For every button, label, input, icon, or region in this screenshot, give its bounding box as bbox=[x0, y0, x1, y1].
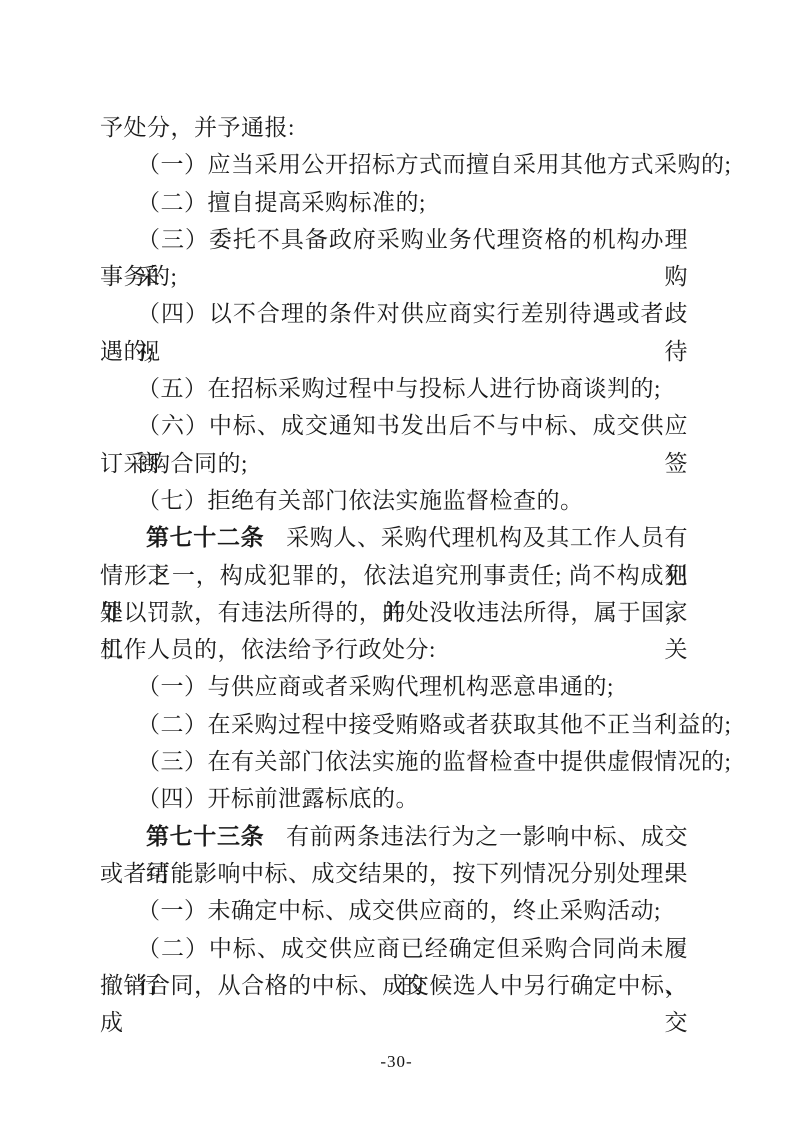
page-number: -30- bbox=[0, 1052, 793, 1072]
line-text: 订采购合同的; bbox=[100, 451, 248, 476]
document-page: 予处分，并予通报:（一）应当采用公开招标方式而擅自采用其他方式采购的;（二）擅自… bbox=[0, 0, 793, 1122]
text-line: （二）擅自提高采购标准的; bbox=[100, 184, 688, 221]
line-text: （一）与供应商或者采购代理机构恶意串通的; bbox=[137, 674, 614, 699]
text-line: （二）中标、成交供应商已经确定但采购合同尚未履行的， bbox=[100, 930, 688, 967]
line-text: （二）擅自提高采购标准的; bbox=[137, 190, 426, 215]
document-body: 予处分，并予通报:（一）应当采用公开招标方式而擅自采用其他方式采购的;（二）擅自… bbox=[100, 109, 688, 1004]
line-text: （七）拒绝有关部门依法实施监督检查的。 bbox=[137, 488, 584, 513]
line-text: （一）未确定中标、成交供应商的，终止采购活动; bbox=[137, 898, 661, 923]
text-line: 撤销合同，从合格的中标、成交候选人中另行确定中标、成交 bbox=[100, 967, 688, 1004]
article-number: 第七十二条 bbox=[146, 525, 264, 550]
line-text: （三）在有关部门依法实施的监督检查中提供虚假情况的; bbox=[137, 749, 731, 774]
text-line: （一）应当采用公开招标方式而擅自采用其他方式采购的; bbox=[100, 146, 688, 183]
line-text: （四）以不合理的条件对供应商实行差别待遇或者歧视待 bbox=[137, 301, 688, 363]
text-line: 处以罚款，有违法所得的，并处没收违法所得，属于国家机关 bbox=[100, 594, 688, 631]
text-line: （四）以不合理的条件对供应商实行差别待遇或者歧视待 bbox=[100, 295, 688, 332]
line-text: （三）委托不具备政府采购业务代理资格的机构办理采购 bbox=[137, 227, 688, 289]
line-text: 撤销合同，从合格的中标、成交候选人中另行确定中标、成交 bbox=[100, 973, 688, 1035]
line-text: 遇的; bbox=[100, 339, 154, 364]
text-line: （四）开标前泄露标底的。 bbox=[100, 780, 688, 817]
text-line: （五）在招标采购过程中与投标人进行协商谈判的; bbox=[100, 370, 688, 407]
text-line: 或者可能影响中标、成交结果的，按下列情况分别处理: bbox=[100, 855, 688, 892]
text-line: （三）在有关部门依法实施的监督检查中提供虚假情况的; bbox=[100, 743, 688, 780]
line-text: （五）在招标采购过程中与投标人进行协商谈判的; bbox=[137, 376, 661, 401]
text-line: 予处分，并予通报: bbox=[100, 109, 688, 146]
text-line: （一）与供应商或者采购代理机构恶意串通的; bbox=[100, 668, 688, 705]
article-number: 第七十三条 bbox=[146, 824, 264, 849]
text-line: （七）拒绝有关部门依法实施监督检查的。 bbox=[100, 482, 688, 519]
line-text: 事务的; bbox=[100, 264, 177, 289]
line-text: （二）在采购过程中接受贿赂或者获取其他不正当利益的; bbox=[137, 712, 731, 737]
line-text: 或者可能影响中标、成交结果的，按下列情况分别处理: bbox=[100, 861, 671, 886]
line-text: 予处分，并予通报: bbox=[100, 115, 295, 140]
text-line: 第七十三条有前两条违法行为之一影响中标、成交结果 bbox=[100, 818, 688, 855]
text-line: 第七十二条采购人、采购代理机构及其工作人员有下列 bbox=[100, 519, 688, 556]
text-line: 情形之一，构成犯罪的，依法追究刑事责任; 尚不构成犯罪的， bbox=[100, 557, 688, 594]
line-text: （四）开标前泄露标底的。 bbox=[137, 786, 419, 811]
text-line: （三）委托不具备政府采购业务代理资格的机构办理采购 bbox=[100, 221, 688, 258]
line-text: （一）应当采用公开招标方式而擅自采用其他方式采购的; bbox=[137, 152, 731, 177]
text-line: （二）在采购过程中接受贿赂或者获取其他不正当利益的; bbox=[100, 706, 688, 743]
text-line: （六）中标、成交通知书发出后不与中标、成交供应商签 bbox=[100, 407, 688, 444]
text-line: （一）未确定中标、成交供应商的，终止采购活动; bbox=[100, 892, 688, 929]
line-text: 工作人员的，依法给予行政处分: bbox=[100, 637, 436, 662]
